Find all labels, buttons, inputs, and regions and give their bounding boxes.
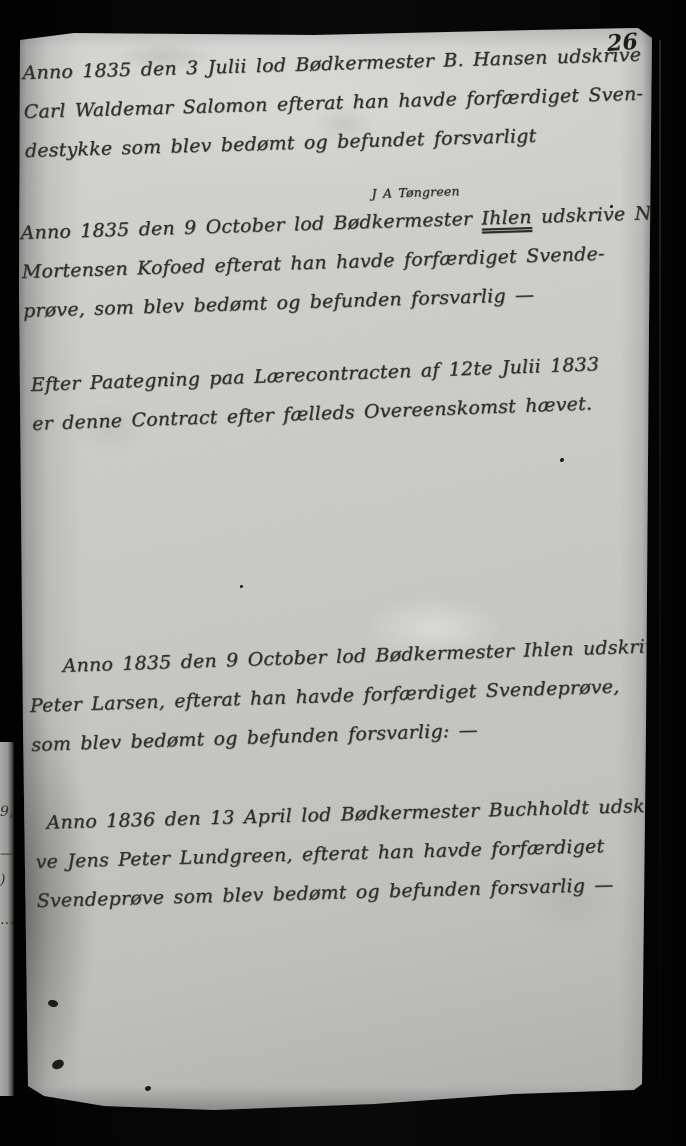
ledger-entry-1835-jul-3: Anno 1835 den 3 Julii lod Bødkermester B…: [22, 36, 645, 171]
margin-fragment: …: [0, 912, 14, 928]
ledger-entry-1835-oct-9-larsen: Anno 1835 den 9 October lod Bødkermester…: [28, 627, 671, 765]
archival-scan: 9, — ) … 26 Anno 1835 den 3 Julii lod Bø…: [0, 0, 686, 1146]
ink-blot: [51, 1059, 65, 1071]
page-stack-edge: [659, 40, 661, 1085]
ink-speck: [240, 585, 243, 588]
ink-blot: [145, 1086, 151, 1091]
ledger-note-contract-annulled: Efter Paategning paa Lærecontracten af 1…: [30, 345, 601, 444]
ink-blot: [47, 999, 59, 1009]
margin-fragment: ): [0, 872, 6, 888]
adjacent-page-sliver: 9, — ) …: [0, 742, 14, 1096]
margin-fragment: 9,: [0, 804, 14, 820]
line-text: Anno 1835 den 9 October lod Bødkermester: [20, 208, 482, 244]
ink-speck: [560, 458, 564, 462]
ledger-entry-1836-apr-13: Anno 1836 den 13 April lod Bødkermester …: [34, 786, 670, 921]
struck-out-name: Ihlen: [481, 206, 532, 230]
manuscript-page: 26 Anno 1835 den 3 Julii lod Bødkermeste…: [14, 28, 654, 1112]
line-text: udskrive Niels: [531, 201, 685, 228]
ledger-entry-1835-oct-9-kofoed: J A Tøngreen Anno 1835 den 9 October lod…: [20, 193, 686, 331]
margin-fragment: —: [0, 846, 14, 862]
interlinear-insertion: J A Tøngreen: [371, 184, 460, 201]
